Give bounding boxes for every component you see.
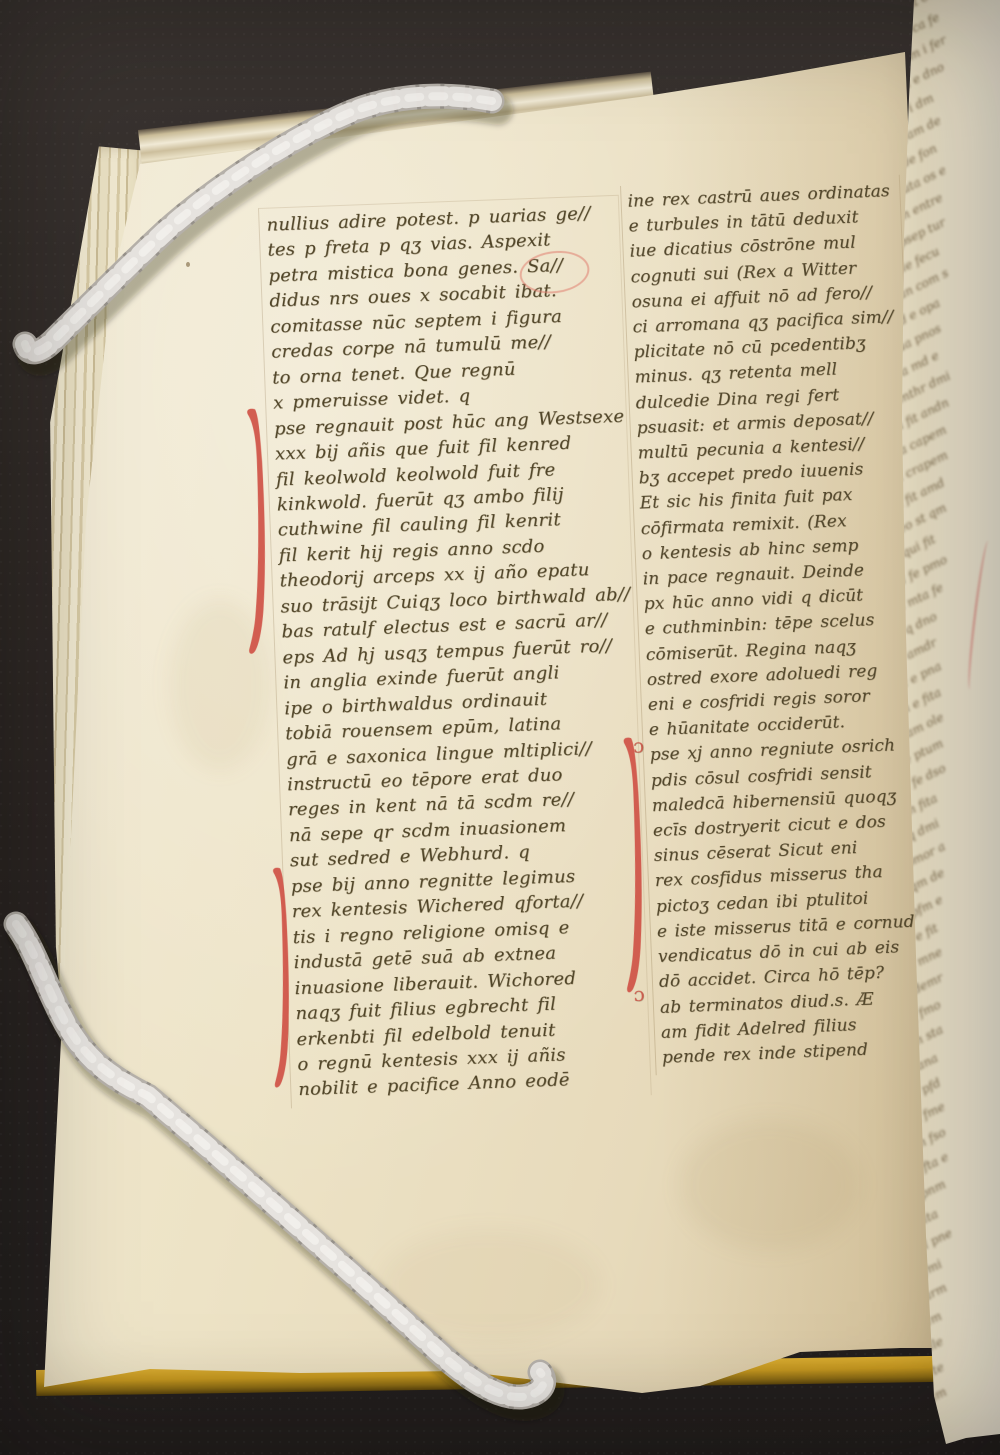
text-line: fra md e [886,308,1000,388]
left-text-column: ɔ nullius adire potest. p uarias ge//tes… [258,195,652,1109]
parchment-stain [380,1230,600,1340]
parchment-stain [680,1120,860,1250]
text-line: lta capem [886,386,1000,466]
red-margin-mark: ɔ [633,982,645,1008]
text-line: gmthr dmi [886,334,1000,414]
parchment-speck [186,262,190,267]
parchment-speck [150,244,154,249]
manuscript-photo: ɔ nullius adire potest. p uarias ge//tes… [0,0,1000,1455]
facing-page-red-rule [965,540,993,690]
right-text-column: ɔ ine rex castrū aues ordinatase turbule… [620,175,935,1076]
text-line: bi crapem [886,412,1000,492]
text-line: fa fit andn [886,360,1000,440]
